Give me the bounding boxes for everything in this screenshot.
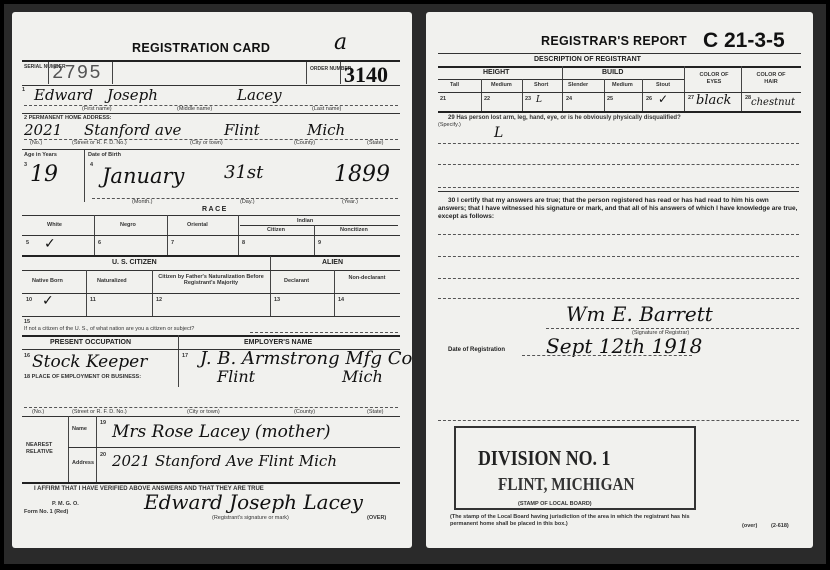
sub-label: (County)	[294, 409, 315, 415]
divider	[481, 79, 482, 111]
field-number: 15	[24, 319, 30, 325]
employer-heading: EMPLOYER'S NAME	[244, 339, 312, 346]
middle-name: Joseph	[107, 86, 158, 104]
registrant-signature: Edward Joseph Lacey	[144, 490, 363, 514]
sub-label: (Street or R. F. D. No.)	[72, 409, 127, 415]
divider	[604, 79, 605, 111]
serial-number: 2795	[52, 62, 102, 84]
field-number: 21	[440, 96, 446, 102]
stout-checkmark: ✓	[658, 92, 668, 106]
sub-label: (Last name)	[312, 106, 341, 112]
divider	[741, 66, 742, 111]
file-code: C 21-3-5	[703, 29, 785, 53]
sub-label: (Street or R. F. D. No.)	[72, 140, 127, 146]
divider	[270, 256, 271, 316]
field-number: 5	[26, 240, 29, 246]
divider	[438, 191, 799, 192]
divider	[438, 187, 799, 188]
native-born-checkmark: ✓	[42, 293, 54, 309]
date-registration-label: Date of Registration	[448, 347, 505, 353]
disqualified-answer: L	[494, 125, 503, 141]
white-checkmark: ✓	[44, 236, 56, 252]
field-number: 10	[26, 297, 32, 303]
divider	[22, 149, 400, 150]
stamp-note: (The stamp of the Local Board having jur…	[450, 514, 700, 528]
registration-card: REGISTRATION CARD a SERIAL NUMBER 2795 O…	[12, 12, 412, 548]
race-heading: RACE	[202, 206, 228, 213]
age-label: Age in Years	[24, 152, 57, 158]
stamp-label: (STAMP OF LOCAL BOARD)	[518, 501, 592, 507]
sub-label: (Month.)	[132, 199, 152, 205]
field-number: 13	[274, 297, 280, 303]
field-number: 17	[182, 353, 188, 359]
divider	[438, 53, 801, 54]
divider	[84, 150, 85, 202]
card-title: REGISTRATION CARD	[132, 41, 270, 55]
divider	[22, 293, 400, 294]
registrar-signature: Wm E. Barrett	[566, 302, 713, 326]
stamp-location: FLINT, MICHIGAN	[498, 474, 635, 495]
relative-address: 2021 Stanford Ave Flint Mich	[112, 452, 337, 470]
build-heading: BUILD	[602, 69, 623, 76]
divider	[240, 225, 398, 226]
form-number: Form No. 1 (Red)	[24, 509, 68, 515]
field-number: 25	[607, 96, 613, 102]
divider	[22, 316, 400, 317]
age-value: 19	[30, 162, 58, 187]
divider	[438, 256, 799, 257]
sub-label: (County)	[294, 140, 315, 146]
field-number: 16	[24, 353, 30, 359]
divider	[68, 416, 69, 482]
divider	[250, 332, 398, 333]
field-number: 1	[22, 87, 25, 93]
field-number: 14	[338, 297, 344, 303]
divider	[22, 235, 400, 236]
field-number: 6	[98, 240, 101, 246]
divider	[22, 335, 400, 337]
field-number: 22	[484, 96, 490, 102]
employment-place-label: 18 PLACE OF EMPLOYMENT OR BUSINESS:	[24, 374, 141, 380]
disqualified-question: 29 Has person lost arm, leg, hand, eye, …	[448, 115, 681, 121]
col-non-declarant: Non-declarant	[347, 275, 387, 281]
divider	[22, 270, 400, 271]
eye-color-heading: COLOR OF EYES	[694, 72, 734, 86]
field-number: 26	[646, 96, 652, 102]
col-medium-build: Medium	[612, 82, 633, 88]
form-code: P. M. G. O.	[52, 501, 79, 507]
dob-year: 1899	[334, 162, 390, 187]
col-slender: Slender	[568, 82, 588, 88]
sub-label: (No.)	[32, 409, 44, 415]
divider	[438, 92, 801, 93]
divider	[24, 407, 398, 408]
dob-month: January	[102, 164, 184, 188]
race-col-citizen: Citizen	[267, 227, 285, 233]
divider	[306, 62, 307, 84]
divider	[438, 420, 799, 421]
field-number: 3	[24, 162, 27, 168]
description-heading: DESCRIPTION OF REGISTRANT	[534, 56, 641, 63]
divider	[112, 62, 113, 84]
field-number: 8	[242, 240, 245, 246]
divider	[340, 62, 341, 84]
stamp-division: DIVISION NO. 1	[478, 446, 610, 471]
serial-label: SERIAL NUMBER	[24, 64, 44, 70]
divider	[438, 66, 801, 68]
address-city: Flint	[224, 121, 260, 139]
divider	[22, 416, 400, 417]
divider	[314, 225, 315, 255]
divider	[22, 255, 400, 257]
relative-name-label: Name	[72, 426, 87, 432]
divider	[96, 416, 97, 482]
registrars-report: REGISTRAR'S REPORT C 21-3-5 DESCRIPTION …	[426, 12, 813, 548]
employment-state: Mich	[342, 367, 383, 386]
sub-label: (Day.)	[240, 199, 255, 205]
field-number: 4	[90, 162, 93, 168]
divider	[438, 278, 799, 279]
field-number: 7	[171, 240, 174, 246]
employer-value: J. B. Armstrong Mfg Co	[200, 348, 412, 369]
address-state: Mich	[307, 121, 345, 139]
first-name: Edward	[34, 86, 93, 104]
sub-label: (First name)	[82, 106, 112, 112]
relative-name: Mrs Rose Lacey (mother)	[112, 422, 331, 442]
divider	[642, 79, 643, 111]
divider	[522, 79, 523, 111]
sub-label: (State)	[367, 409, 384, 415]
col-tall: Tall	[450, 82, 459, 88]
col-father-naturalization: Citizen by Father's Naturalization Befor…	[156, 274, 266, 286]
race-col-oriental: Oriental	[187, 222, 208, 228]
divider	[562, 66, 563, 111]
certification-text: 30 I certify that my answers are true; t…	[438, 197, 798, 221]
divider	[684, 66, 685, 111]
occupation-value: Stock Keeper	[32, 352, 147, 372]
divider	[438, 234, 799, 235]
field-number: 19	[100, 420, 106, 426]
field-number: 23	[525, 96, 531, 102]
race-col-negro: Negro	[120, 222, 136, 228]
col-short: Short	[534, 82, 548, 88]
divider	[438, 79, 684, 80]
field-number: 20	[100, 452, 106, 458]
alien-heading: ALIEN	[322, 259, 343, 266]
height-heading: HEIGHT	[483, 69, 509, 76]
relative-address-label: Address	[72, 460, 94, 466]
field-number: 9	[318, 240, 321, 246]
col-stout: Stout	[656, 82, 670, 88]
divider	[438, 111, 801, 113]
divider	[546, 328, 799, 329]
order-label: ORDER NUMBER	[310, 66, 336, 72]
over-mark: (over)	[742, 523, 757, 529]
address-number: 2021	[24, 121, 62, 139]
divider	[438, 143, 799, 144]
col-naturalized: Naturalized	[97, 278, 127, 284]
col-native-born: Native Born	[32, 278, 63, 284]
race-col-noncitizen: Noncitizen	[340, 227, 368, 233]
report-title: REGISTRAR'S REPORT	[541, 34, 687, 48]
specify-label: (Specify.)	[438, 122, 461, 128]
sub-label: (Year.)	[342, 199, 358, 205]
short-mark: L	[536, 95, 542, 105]
employment-city: Flint	[217, 367, 255, 386]
form-code: (2-618)	[771, 523, 789, 529]
sub-label: (No.)	[30, 140, 42, 146]
divider	[22, 113, 400, 114]
divider	[22, 482, 400, 484]
race-col-indian: Indian	[297, 218, 313, 224]
col-medium-height: Medium	[491, 82, 512, 88]
over-label: (OVER)	[367, 515, 386, 521]
divider	[438, 164, 799, 165]
sub-label: (City or town)	[190, 140, 223, 146]
sub-label: (State)	[367, 140, 384, 146]
divider	[22, 215, 400, 216]
corner-mark: a	[334, 30, 347, 55]
divider	[178, 335, 179, 387]
col-declarant: Declarant	[284, 278, 309, 284]
nearest-relative-label: NEAREST RELATIVE	[26, 442, 62, 456]
nationality-question: If not a citizen of the U. S., of what n…	[24, 326, 194, 332]
divider	[68, 447, 400, 448]
divider	[522, 355, 692, 356]
eye-color-value: black	[696, 93, 731, 108]
divider	[438, 298, 799, 299]
hair-color-value: chestnut	[751, 97, 795, 108]
dob-label: Date of Birth	[88, 152, 121, 158]
field-number: 11	[90, 297, 96, 303]
sub-label: (Middle name)	[177, 106, 212, 112]
signature-label: (Registrant's signature or mark)	[212, 515, 289, 521]
field-number: 12	[156, 297, 162, 303]
race-col-white: White	[47, 222, 62, 228]
us-citizen-heading: U. S. CITIZEN	[112, 259, 157, 266]
occupation-heading: PRESENT OCCUPATION	[50, 339, 131, 346]
dob-day: 31st	[224, 162, 263, 183]
field-number: 24	[566, 96, 572, 102]
hair-color-heading: COLOR OF HAIR	[751, 72, 791, 86]
field-number: 27	[688, 95, 694, 101]
last-name: Lacey	[237, 86, 282, 104]
address-street: Stanford ave	[84, 121, 181, 139]
sub-label: (City or town)	[187, 409, 220, 415]
divider	[48, 62, 49, 84]
